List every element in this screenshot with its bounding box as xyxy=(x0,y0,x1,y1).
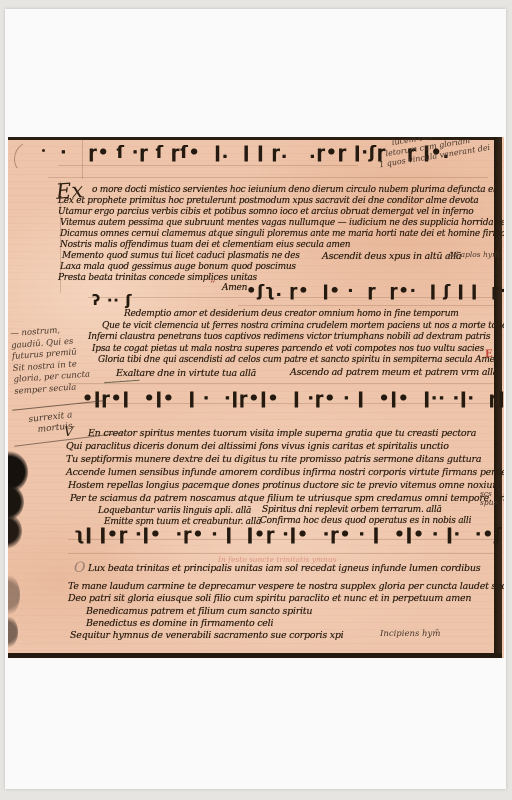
hymn3-line: Qui paraclitus diceris donum dei altissi… xyxy=(66,441,449,452)
hymn1-antiphon-note: Ad aplos hym̄ xyxy=(448,250,499,259)
margin-note-right: scs spus xyxy=(480,489,497,507)
hymn4-line: Benedicamus patrem et filium cum sancto … xyxy=(86,606,312,617)
hymn1-antiphon: Ascendit deus xpus in altū allā xyxy=(322,251,461,262)
hymn4-line: Te mane laudum carmine te deprecamur ves… xyxy=(68,581,504,592)
amen-tick-marks: ʼʼ xyxy=(210,280,215,289)
hymn1-line: Laxa mala quod gessimus auge bonum quod … xyxy=(60,262,296,272)
red-letter-e: E xyxy=(485,349,493,360)
ruling-line xyxy=(238,305,494,306)
hymn1-line: Presta beata trinitas concede simplices … xyxy=(58,273,257,283)
hymn3-line: Per te sciamus da patrem noscamus atque … xyxy=(70,493,504,504)
hymn2-line: Que te vicit clemencia ut ferres nostra … xyxy=(102,321,504,331)
hymn4-initial: O xyxy=(74,560,85,576)
hymn3-antiphon: Emitte spm tuum et creabuntur. allā xyxy=(104,517,261,527)
neume-line-3: •ǀɼ•ǀ •ǀ• ǀ · ·ǀɼ•ǀ• ǀ ·ɼ• · ǀ •ǀ• ǀ·· ·… xyxy=(82,389,504,409)
hymn3-line: En creator spiritus mentes tuorum visita… xyxy=(88,428,476,439)
photo-paper: · ɼ• ſ ·ɼ ſ ɼſ• ǀ. ǀ ǀ ɼ. .ɼ•ɼ ǀ·ʃɼ ɼ ǀ•… xyxy=(5,9,506,789)
hymn1-line: Utamur ergo parcius verbis cibis et poti… xyxy=(58,207,473,217)
margin-note-left: — nostrum, gaudiū. Qui es futurus premiū… xyxy=(10,324,91,398)
hymn2-line: Inferni claustra penetrans tuos captivos… xyxy=(88,332,490,342)
corner-arc-mark xyxy=(10,137,54,181)
neume-line-2-lead: ʔ ·· ʃ xyxy=(92,293,132,309)
strikethrough-scribble: ~~~~~ xyxy=(104,376,140,388)
prick-mark xyxy=(42,149,45,152)
ruling-line xyxy=(48,177,488,178)
margin-note-top-right: tis ad ethera sideri lucem comitum poner… xyxy=(360,137,504,173)
hymn2-line: Gloria tibi dne qui ascendisti ad celos … xyxy=(98,355,500,365)
photo-damage-blob xyxy=(8,573,20,617)
hymn3-line: Hostem repellas longius pacemque dones p… xyxy=(68,480,501,491)
hymn4-line: Benedictus es domine in firmamento celi xyxy=(86,618,273,629)
hymn3-antiphon: Spiritus dni replevit orbem terrarum. al… xyxy=(262,505,442,515)
hymn4-line: Sequitur hymnus de venerabili sacramento… xyxy=(70,630,343,641)
hymn3-line: Tu septiformis munere dextre dei tu digi… xyxy=(66,454,481,465)
manuscript-page: · ɼ• ſ ·ɼ ſ ɼſ• ǀ. ǀ ǀ ɼ. .ɼ•ɼ ǀ·ʃɼ ɼ ǀ•… xyxy=(8,137,504,658)
hymn1-line: Vitemus autem pessima que subruunt mente… xyxy=(60,218,504,228)
hymn2-line: Redemptio amor et desiderium deus creato… xyxy=(124,309,459,319)
hymn2-line: Ipsa te cogat pietas ut mala nostra supe… xyxy=(92,344,484,354)
hymn1-line: Dicamus omnes cernui clamemus atque sing… xyxy=(60,229,504,239)
hymn3-antiphon: Confirma hoc deus quod operatus es in no… xyxy=(260,516,471,526)
margin-right-word: scs xyxy=(480,489,497,498)
manuscript-bottom-edge xyxy=(8,653,502,658)
ruling-line xyxy=(68,553,494,554)
hymn4-incipit-note: Incipiens hym̄ xyxy=(380,629,440,639)
hymn1-line: Nostris malis offendimus tuam dei et cle… xyxy=(60,240,350,250)
neume-line-2: •ʃʅ. ɼ• ǀ• · ɼ ɼ•· ǀ ʃ ǀ ǀ ɼ·ǀ ʃɾ· xyxy=(246,281,504,300)
hymn2-antiphon-right: Ascendo ad patrem meum et patrem vrm all… xyxy=(290,367,498,378)
hymn1-line: Memento quod sumus tui licet caduci plas… xyxy=(62,251,300,261)
photo-damage-blob xyxy=(8,513,22,549)
photo-damage-blob xyxy=(8,615,18,649)
hymn1-line: Lex et prophete primitus hoc pretulerunt… xyxy=(58,196,478,206)
hymn3-antiphon: Loquebantur variis linguis apli. allā xyxy=(98,506,251,516)
hymn1-line: o more docti mistico servientes hoc ieiu… xyxy=(92,185,496,195)
hymn4-line: Deo patri sit gloria eiusque soli filio … xyxy=(68,593,471,604)
hymn1-amen: Amen xyxy=(222,283,247,293)
neume-line-4: ʅǀ ǀ•ɼ ·ǀ• ·ɼ• · ǀ ǀ•ɼ ·ǀ• ·ɼ• · ǀ •ǀ• ·… xyxy=(74,525,504,545)
hymn4-line: Lux beata trinitas et principalis unitas… xyxy=(88,563,480,574)
ruling-line xyxy=(58,165,358,166)
hymn3-initial: V xyxy=(64,425,73,440)
hymn3-line: Accende lumen sensibus infunde amorem co… xyxy=(66,467,504,478)
margin-right-word: spus xyxy=(480,498,497,507)
